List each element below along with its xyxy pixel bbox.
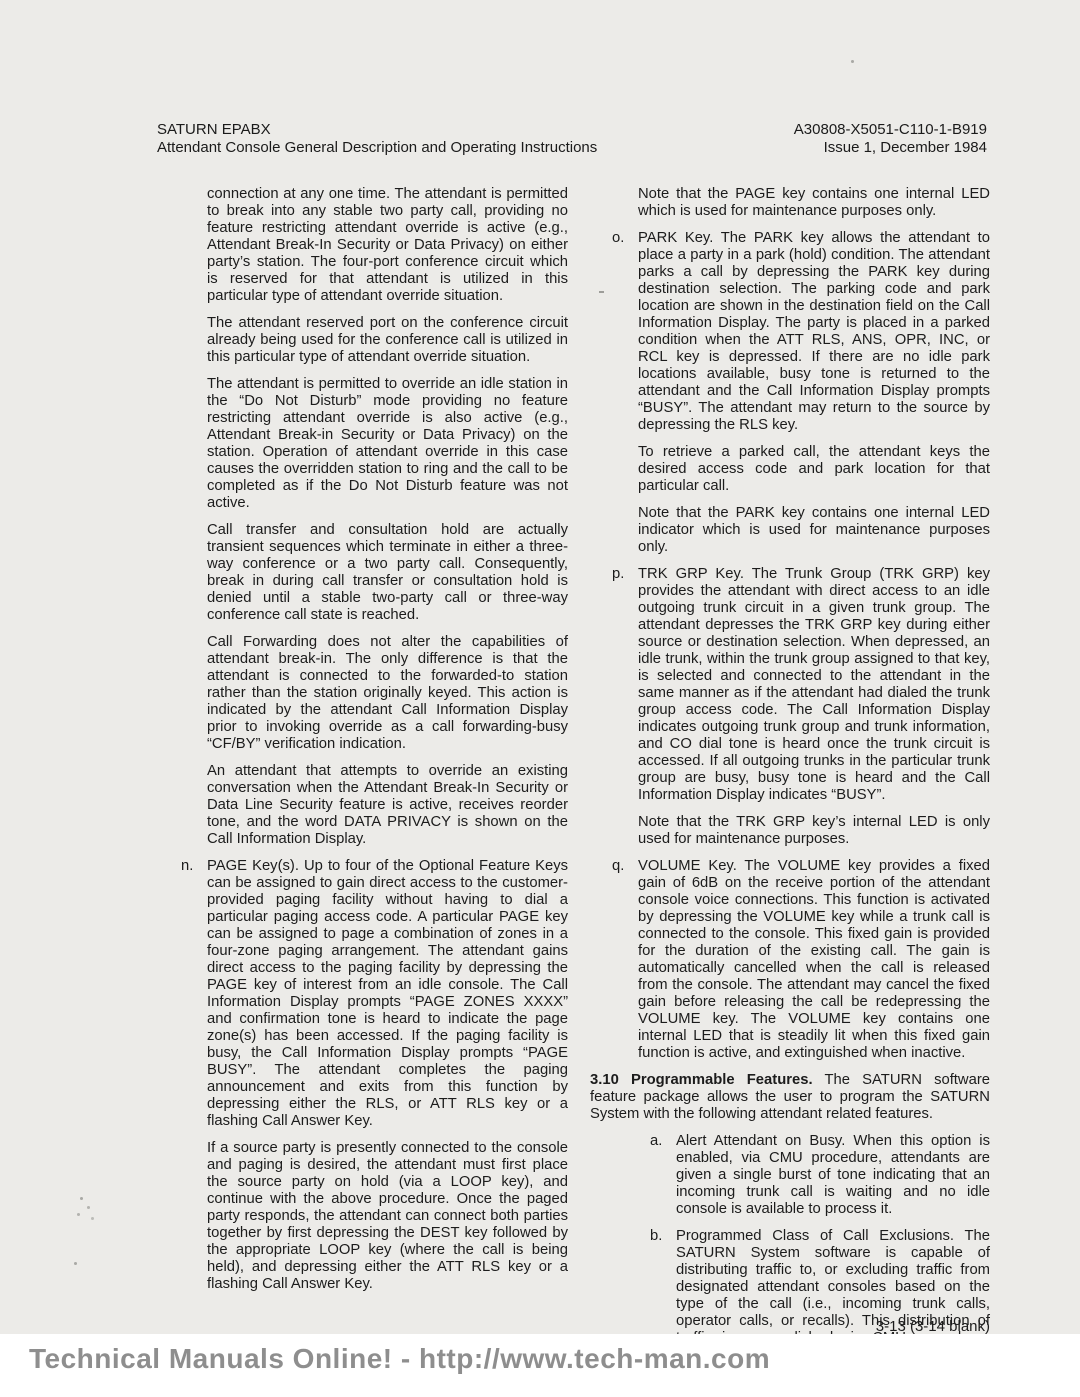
section-number-title: 3.10 Programmable Features. (590, 1072, 813, 1088)
section-heading-paragraph: 3.10 Programmable Features. The SATURN s… (590, 1072, 990, 1123)
list-marker: a. (650, 1133, 662, 1150)
list-marker: p. (612, 566, 624, 583)
paragraph: Note that the PAGE key contains one inte… (638, 186, 990, 220)
paragraph: An attendant that attempts to override a… (207, 763, 568, 848)
paragraph: To retrieve a parked call, the attendant… (638, 444, 990, 495)
list-item-n: n.PAGE Key(s). Up to four of the Optiona… (207, 858, 568, 1130)
list-item-q: q.VOLUME Key. The VOLUME key provides a … (638, 858, 990, 1062)
list-marker: q. (612, 858, 624, 875)
doc-subtitle: Attendant Console General Description an… (157, 139, 597, 157)
list-item-o: o.PARK Key. The PARK key allows the atte… (638, 230, 990, 434)
list-item-a: a.Alert Attendant on Busy. When this opt… (676, 1133, 990, 1218)
scan-artifact (80, 1197, 83, 1200)
paragraph: The attendant is permitted to override a… (207, 376, 568, 512)
paragraph: Call Forwarding does not alter the capab… (207, 634, 568, 753)
doc-issue: Issue 1, December 1984 (794, 139, 987, 157)
list-marker: n. (181, 858, 193, 875)
watermark-strip: Technical Manuals Online! - http://www.t… (0, 1334, 1080, 1397)
list-item-p: p.TRK GRP Key. The Trunk Group (TRK GRP)… (638, 566, 990, 804)
list-marker: o. (612, 230, 624, 247)
scanned-page: SATURN EPABX Attendant Console General D… (0, 0, 1080, 1334)
scan-artifact (74, 1262, 77, 1265)
scan-artifact (851, 60, 854, 63)
paragraph: Call transfer and consultation hold are … (207, 522, 568, 624)
paragraph: If a source party is presently connected… (207, 1140, 568, 1293)
paragraph: The attendant reserved port on the confe… (207, 315, 568, 366)
doc-title: SATURN EPABX (157, 121, 597, 139)
header-left: SATURN EPABX Attendant Console General D… (157, 121, 597, 157)
watermark-text: Technical Manuals Online! - http://www.t… (29, 1343, 770, 1375)
paragraph: Note that the PARK key contains one inte… (638, 505, 990, 556)
scan-artifact (599, 291, 604, 293)
paragraph: connection at any one time. The attendan… (207, 186, 568, 305)
page-number: 3-13 (3-14 blank) (876, 1318, 990, 1335)
right-column: Note that the PAGE key contains one inte… (590, 186, 990, 1391)
doc-number: A30808-X5051-C110-1-B919 (794, 121, 987, 139)
list-marker: b. (650, 1228, 662, 1245)
header-right: A30808-X5051-C110-1-B919 Issue 1, Decemb… (794, 121, 987, 157)
paragraph: Note that the TRK GRP key’s internal LED… (638, 814, 990, 848)
left-column: connection at any one time. The attendan… (181, 186, 568, 1303)
